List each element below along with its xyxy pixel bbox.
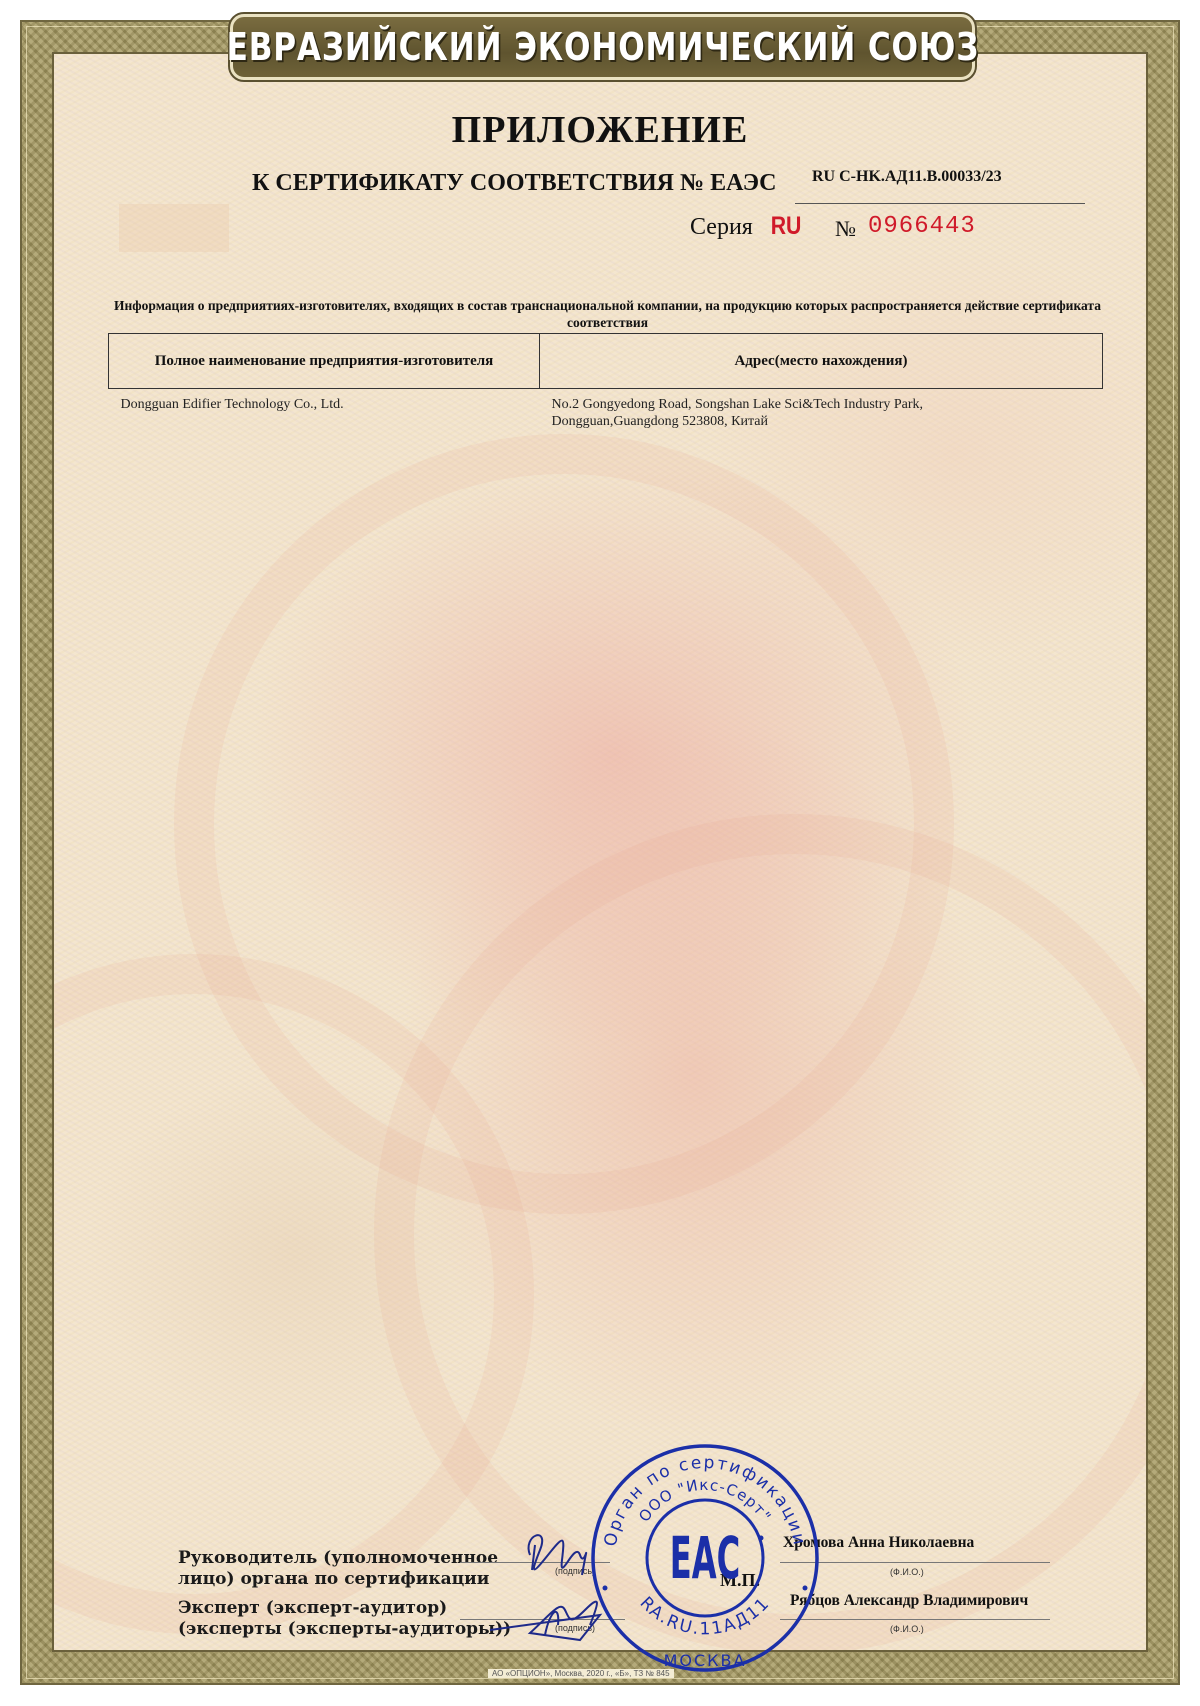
manufacturer-address: No.2 Gongyedong Road, Songshan Lake Sci&…: [540, 389, 1103, 431]
manufacturer-name: Dongguan Edifier Technology Co., Ltd.: [109, 389, 540, 431]
blank-number-value: 0966443: [868, 213, 976, 240]
banner-title: ЕВРАЗИЙСКИЙ ЭКОНОМИЧЕСКИЙ СОЮЗ: [226, 25, 979, 69]
head-signatory-label: Руководитель (уполномоченное лицо) орган…: [178, 1548, 498, 1590]
table-header-row: Полное наименование предприятия-изготови…: [109, 334, 1103, 389]
stamp-city: МОСКВА: [664, 1651, 747, 1670]
series-label: Серия: [690, 214, 753, 241]
expert-name-caption: (Ф.И.О.): [890, 1624, 924, 1634]
manufacturers-table: Полное наименование предприятия-изготови…: [108, 333, 1103, 430]
certification-stamp: Орган по сертификации ООО "Икс-Серт" RA.…: [585, 1438, 825, 1678]
head-name-caption: (Ф.И.О.): [890, 1567, 924, 1577]
table-row: Dongguan Edifier Technology Co., Ltd. No…: [109, 389, 1103, 431]
address-line-1: No.2 Gongyedong Road, Songshan Lake Sci&…: [552, 396, 1091, 413]
column-header-name: Полное наименование предприятия-изготови…: [109, 334, 540, 389]
union-banner: ЕВРАЗИЙСКИЙ ЭКОНОМИЧЕСКИЙ СОЮЗ: [230, 14, 975, 80]
eac-mark: ЕАС: [670, 1525, 741, 1592]
certificate-paper: [52, 52, 1148, 1652]
series-value: RU: [771, 212, 802, 241]
address-line-2: Dongguan,Guangdong 523808, Китай: [552, 413, 1091, 430]
expert-full-name: Рябцов Александр Владимирович: [790, 1592, 1028, 1610]
certificate-number: RU C-HK.АД11.B.00033/23: [812, 168, 1002, 186]
blank-number-label: №: [835, 216, 856, 242]
column-header-address: Адрес(место нахождения): [540, 334, 1103, 389]
page-title: ПРИЛОЖЕНИЕ: [0, 108, 1200, 152]
manufacturers-info-text: Информация о предприятиях-изготовителях,…: [110, 297, 1105, 331]
certificate-number-underline: [795, 203, 1085, 204]
watermark-block: [119, 204, 229, 252]
certificate-label: К СЕРТИФИКАТУ СООТВЕТСТВИЯ № ЕАЭС: [252, 170, 776, 197]
